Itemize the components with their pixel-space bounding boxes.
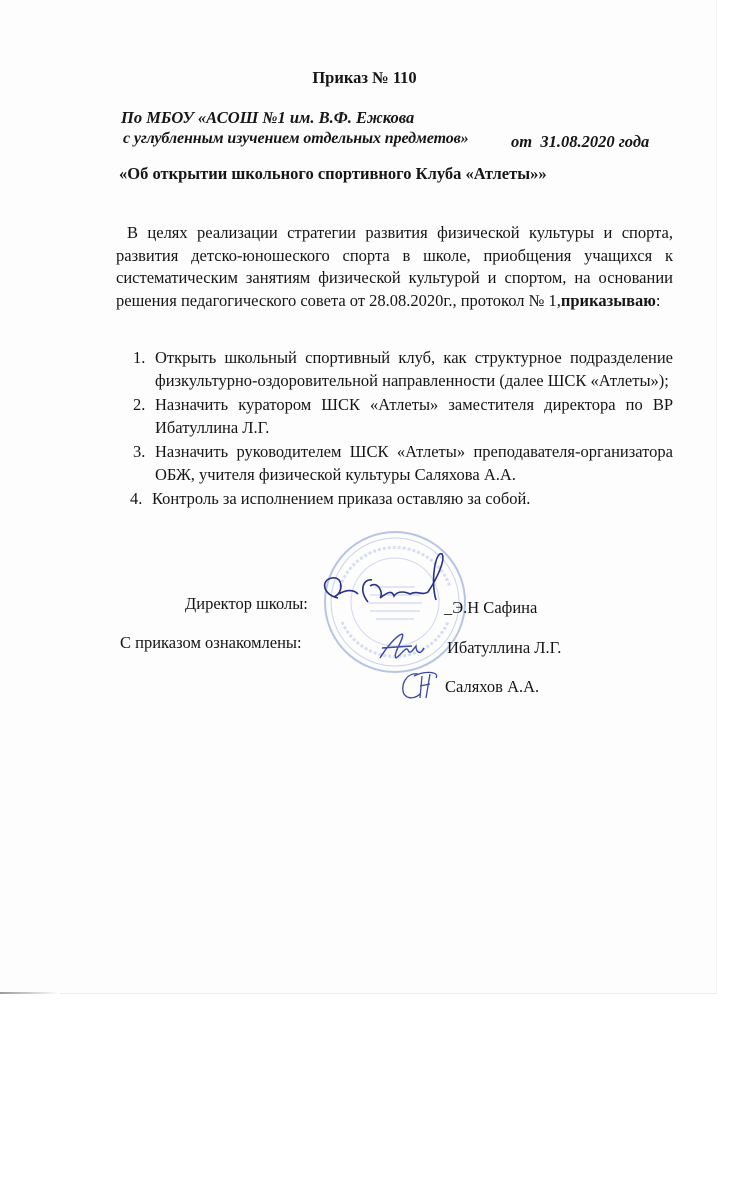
orders-list: 1. Открыть школьный спортивный клуб, как… [133, 347, 673, 513]
organization-line-1: По МБОУ «АСОШ №1 им. В.Ф. Ежкова [121, 108, 414, 128]
order-item: 4. Контроль за исполнением приказа остав… [130, 488, 673, 511]
acknowledged-name: Ибатуллина Л.Г. [447, 638, 561, 658]
order-item: 3. Назначить руководителем ШСК «Атлеты» … [133, 441, 673, 486]
order-text: Назначить куратором ШСК «Атлеты» замести… [155, 394, 673, 439]
preamble-emphasis: приказываю [561, 291, 656, 310]
document-title: Приказ № 110 [0, 68, 729, 88]
organization-line-2: с углубленным изучением отдельных предме… [123, 130, 469, 148]
acknowledged-name: Саляхов А.А. [445, 677, 539, 697]
order-text: Контроль за исполнением приказа оставляю… [152, 488, 673, 511]
document-subject: «Об открытии школьного спортивного Клуба… [119, 164, 547, 184]
order-number: 3. [133, 441, 145, 464]
director-name: _Э.Н Сафина [444, 598, 537, 618]
salyakhov-signature-icon [396, 668, 446, 704]
ibatullina-signature-icon [372, 628, 442, 664]
order-text: Открыть школьный спортивный клуб, как ст… [155, 347, 673, 392]
acknowledged-label: С приказом ознакомлены: [120, 633, 302, 653]
director-signature-icon [318, 550, 458, 620]
document-date: от 31.08.2020 года [511, 132, 649, 152]
order-item: 1. Открыть школьный спортивный клуб, как… [133, 347, 673, 392]
preamble-end: : [656, 291, 661, 310]
order-number: 4. [130, 488, 142, 511]
order-item: 2. Назначить куратором ШСК «Атлеты» заме… [133, 394, 673, 439]
order-number: 1. [133, 347, 145, 370]
preamble-paragraph: В целях реализации стратегии развития фи… [116, 222, 673, 312]
order-text: Назначить руководителем ШСК «Атлеты» пре… [155, 441, 673, 486]
director-label: Директор школы: [185, 594, 308, 614]
order-number: 2. [133, 394, 145, 417]
scan-edge-line [0, 992, 60, 994]
